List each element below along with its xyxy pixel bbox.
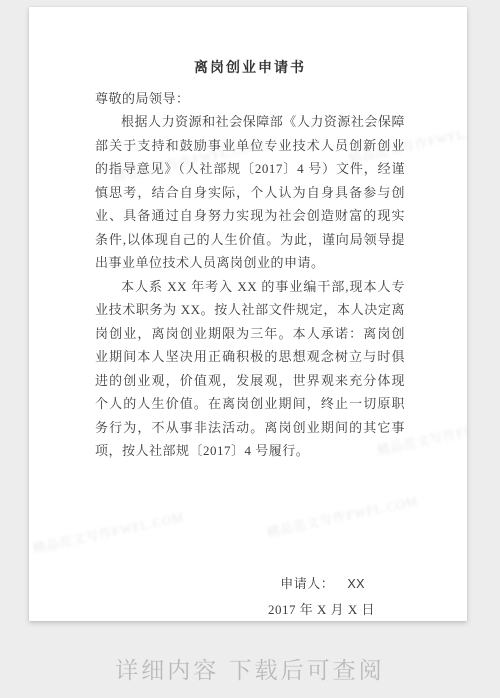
signature-label: 申请人： [280, 576, 334, 591]
document-preview: 精品范文写作FWFL.COM 精品范文写作FWFL.COM 精品范文写作FWFL… [0, 0, 500, 698]
document-body: 离岗创业申请书 尊敬的局领导： 根据人力资源和社会保障部《人力资源社会保障部关于… [29, 7, 467, 621]
signature-block: 申请人：XX 2017 年 X 月 X 日 [95, 571, 405, 622]
document-title: 离岗创业申请书 [95, 57, 405, 81]
signature-date: 2017 年 X 月 X 日 [95, 597, 405, 622]
paragraph-1: 根据人力资源和社会保障部《人力资源社会保障部关于支持和鼓励事业单位专业技术人员创… [95, 110, 405, 275]
footer-hint: 详细内容 下载后可查阅 [0, 652, 500, 685]
signature-line: 申请人：XX [95, 571, 405, 597]
document-page: 精品范文写作FWFL.COM 精品范文写作FWFL.COM 精品范文写作FWFL… [29, 7, 467, 621]
signature-name: XX [347, 577, 365, 591]
paragraph-2: 本人系 XX 年考入 XX 的事业编干部,现本人专业技术职务为 XX。按人社部文… [95, 275, 405, 463]
salutation: 尊敬的局领导： [95, 87, 405, 111]
